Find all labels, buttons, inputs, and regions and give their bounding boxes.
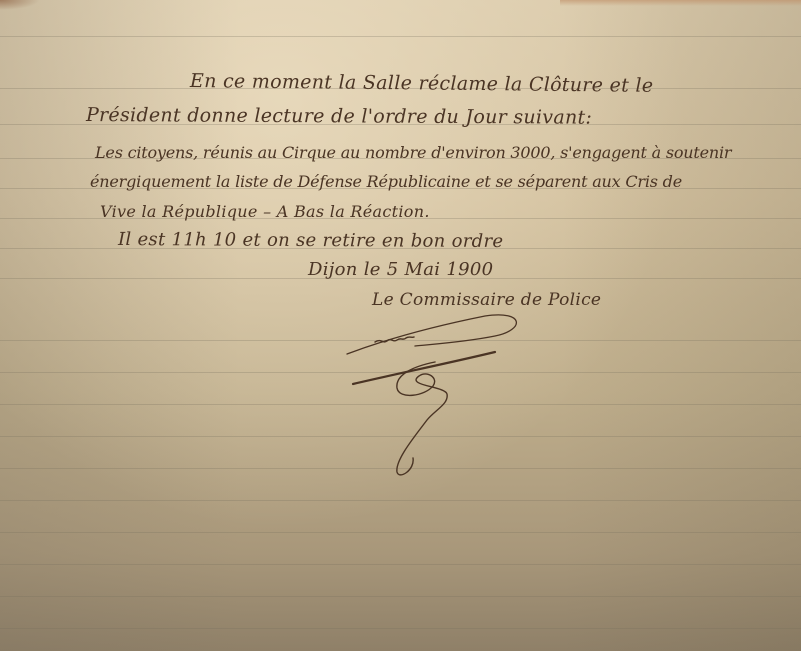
document-page: En ce moment la Salle réclame la Clôture…: [0, 0, 801, 651]
ruled-line: [0, 596, 801, 597]
ruled-line: [0, 532, 801, 533]
signature-flourish: [335, 300, 535, 480]
handwritten-line-5: Vive la République – A Bas la Réaction.: [100, 202, 430, 221]
handwritten-line-6: Il est 11h 10 et on se retire en bon ord…: [118, 229, 503, 252]
paper-top-edge: [560, 0, 801, 6]
handwritten-line-2: Président donne lecture de l'ordre du Jo…: [86, 104, 592, 129]
place-date-line: Dijon le 5 Mai 1900: [308, 259, 493, 280]
paper-corner-shadow: [0, 0, 40, 10]
ruled-line: [0, 628, 801, 629]
handwritten-line-1: En ce moment la Salle réclame la Clôture…: [190, 70, 654, 97]
ruled-line: [0, 36, 801, 37]
handwritten-line-4: énergiquement la liste de Défense Républ…: [90, 172, 682, 191]
handwritten-line-3: Les citoyens, réunis au Cirque au nombre…: [95, 143, 731, 162]
ruled-line: [0, 500, 801, 501]
ruled-line: [0, 564, 801, 565]
